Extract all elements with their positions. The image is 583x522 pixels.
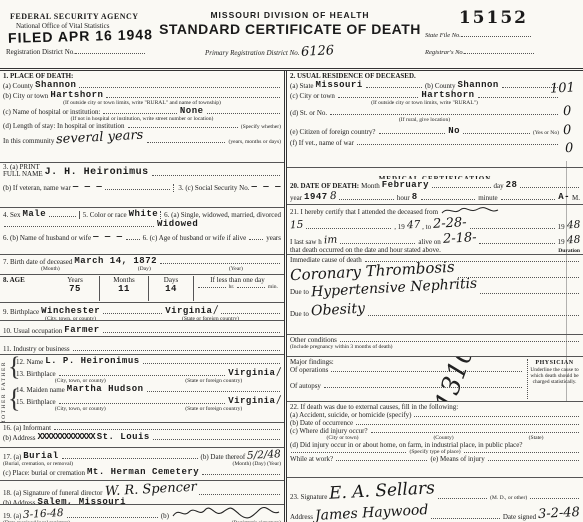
min-label: min.: [268, 284, 278, 290]
registrar-sig-prefix: (b): [161, 512, 169, 520]
father-birthplace-label: 13. Birthplace: [16, 370, 56, 378]
birthplace-state-note: (State or foreign country): [185, 378, 242, 384]
dotted-rule: [221, 312, 280, 314]
city-label: (b) City or town: [3, 92, 48, 100]
date-received-label: 19. (a): [3, 512, 21, 520]
dotted-rule: [480, 292, 579, 294]
m-label: M.: [572, 194, 580, 202]
birthplace-label: 9. Birthplace: [3, 308, 39, 316]
certificate-number: 15152: [459, 8, 528, 28]
birth-date-value: March 14, 1872: [74, 256, 157, 266]
dotted-rule: [62, 457, 198, 459]
age-label: 8. AGE: [3, 276, 51, 301]
section-date-of-death: 20. DATE OF DEATH: Month February day 28…: [287, 179, 583, 205]
state-file-label: State File No.: [425, 30, 565, 39]
dotted-rule: [103, 312, 162, 314]
burial-value: Burial: [23, 451, 58, 461]
left-column: 1. PLACE OF DEATH: (a) County Shannon (b…: [0, 71, 287, 522]
dotted-rule: [54, 428, 280, 430]
occupation-label: 10. Usual occupation: [3, 327, 62, 335]
dotted-rule: [147, 390, 280, 392]
section-occupation: 10. Usual occupation Farmer: [0, 321, 284, 337]
burial-date-value: 5/2/48: [247, 448, 281, 462]
community-label: In this community: [3, 137, 54, 145]
days-label: Days: [152, 276, 190, 284]
blank-line: [75, 47, 145, 54]
dotted-rule: [356, 423, 579, 425]
to-label: , to: [422, 223, 431, 231]
dotted-rule: [371, 431, 579, 433]
mother-birthplace-value: Virginia: [228, 396, 275, 406]
section-certify: 21. I hereby certify that I attended the…: [287, 205, 583, 255]
state-note: (State): [529, 435, 544, 441]
hospital-label: (c) Name of hospital or institution:: [3, 108, 100, 116]
section-parents: FATHER MOTHER { { 12. Name L. P. Heironi…: [0, 355, 284, 423]
dotted-rule: [202, 473, 280, 475]
informant-address-value: St. Louis: [97, 432, 150, 442]
of-operations-label: Of operations: [290, 366, 328, 374]
due-to-value-2: Obesity: [310, 301, 365, 320]
dotted-rule: [340, 340, 579, 342]
dotted-rule: [147, 141, 226, 143]
street-label: (d) St. or No.: [290, 109, 327, 117]
month-label: Month: [361, 182, 380, 190]
citizen-label: (e) Citizen of foreign country?: [290, 128, 376, 136]
length-of-stay-value: several years: [56, 128, 144, 148]
dotted-rule: [463, 132, 530, 134]
occurred-text: that death occurred on the date and hour…: [290, 246, 441, 254]
date-received-value: 3-16-48: [23, 507, 64, 521]
birthplace-city-note: (City, town, or county): [55, 406, 106, 412]
dotted-rule: [488, 459, 579, 461]
dotted-rule: [414, 415, 579, 417]
did-injury-occur-label: (d) Did injury occur in or about home, o…: [290, 441, 580, 449]
dotted-rule: [431, 517, 500, 519]
print-full-name-label: 3. (a) PRINT FULL NAME: [3, 164, 43, 178]
dotted-rule: [366, 86, 422, 88]
form-body: 1. PLACE OF DEATH: (a) County Shannon (b…: [0, 68, 583, 522]
where-injury-label: (c) Where did injury occur?: [290, 427, 368, 435]
registrars-no-label: Registrar's No.: [425, 47, 565, 56]
residence-city-note: (If outside city or town limits, write "…: [290, 100, 559, 106]
section-usual-residence: 2. USUAL RESIDENCE OF DECEASED. (a) Stat…: [287, 71, 583, 168]
dotted-rule: [198, 286, 226, 288]
dotted-rule: [331, 370, 522, 372]
less-than-day-label: If less than one day: [197, 276, 278, 284]
physician-address-label: Address: [290, 513, 313, 521]
physician-address-value: James Haywood: [315, 502, 429, 522]
agency-name: FEDERAL SECURITY AGENCY: [10, 12, 139, 21]
industry-label: 11. Industry or business: [3, 345, 70, 353]
residence-heading: 2. USUAL RESIDENCE OF DECEASED.: [290, 72, 559, 80]
age-days-cell: Days 14: [148, 276, 193, 301]
blank-line: [461, 30, 531, 37]
dotted-rule: [421, 198, 476, 200]
alive-on-label: alive on: [418, 238, 440, 246]
birthplace-state-note: (State or foreign country): [185, 406, 242, 412]
year-correction: 8: [329, 190, 336, 202]
md-note: (M. D., or other): [490, 495, 527, 501]
dotted-rule: [67, 516, 158, 518]
informant-address-label: (b) Address: [3, 434, 35, 442]
saw-year-printed: 19: [558, 238, 565, 246]
registration-district-label: Registration District No.: [6, 47, 145, 56]
physician-note-box: PHYSICIAN Underline the cause to which d…: [527, 359, 581, 399]
year-value: 1947: [304, 192, 328, 202]
color-value: White: [129, 209, 159, 219]
attended-from-scrawl: [440, 206, 500, 216]
hour-label: hour: [397, 194, 410, 202]
occupation-value: Farmer: [64, 325, 99, 335]
section-other-conditions: Other conditions (Include pregnancy with…: [287, 335, 583, 357]
section-informant: 16. (a) Informant (b) Address XXXXXXXXXX…: [0, 423, 284, 448]
section-industry: 11. Industry or business: [0, 337, 284, 355]
color-label: 5. Color or race: [79, 211, 127, 219]
certificate-title: STANDARD CERTIFICATE OF DEATH: [150, 21, 430, 37]
burial-type-note: (Burial, cremation, or removal): [3, 461, 73, 467]
margin-zero-1: 0: [562, 104, 571, 119]
physician-label: PHYSICIAN: [530, 360, 579, 366]
dotted-rule: [478, 96, 558, 98]
primary-district-label: Primary Registration District No. 6126: [205, 44, 334, 59]
date-signed-label: Date signed: [503, 513, 536, 521]
stay-specify-note: (Specify whether): [241, 124, 281, 130]
residence-state-label: (a) State: [290, 82, 314, 90]
check-mark: ∕: [277, 366, 281, 378]
division-name: MISSOURI DIVISION OF HEALTH: [170, 10, 410, 20]
birthplace-state-value: Virginia: [165, 306, 212, 316]
due-to-label-1: Due to: [290, 288, 309, 296]
dotted-rule: [128, 126, 238, 128]
ssn-label: 3. (c) Social Security No.: [173, 184, 249, 192]
deceased-name-value: J. H. Heironimus: [45, 167, 149, 178]
attended-to-value: 2-28-: [433, 215, 467, 232]
funeral-director-label: 18. (a) Signature of funeral director: [3, 489, 103, 497]
age-years-cell: Years 75: [51, 276, 99, 301]
father-birthplace-value: Virginia: [228, 368, 275, 378]
mother-side-label: MOTHER: [1, 393, 7, 423]
dotted-rule: [520, 186, 579, 188]
burial-place-label: (c) Place: burial or cremation: [3, 469, 85, 477]
birth-date-label: 7. Birth date of deceased: [3, 258, 72, 266]
section-place-of-death: 1. PLACE OF DEATH: (a) County Shannon (b…: [0, 71, 284, 163]
dotted-rule: [479, 242, 554, 244]
father-side-label: FATHER: [1, 361, 7, 390]
margin-zero-3: 0: [564, 141, 573, 156]
age-less-than-day-cell: If less than one day hr. min.: [193, 276, 281, 301]
dotted-rule: [207, 112, 281, 114]
dotted-rule: [103, 331, 280, 333]
hour-value: 8: [412, 192, 418, 202]
sex-value: Male: [23, 209, 47, 219]
section-cause-of-death: Immediate cause of death Coronary Thromb…: [287, 255, 583, 335]
burial-date-note: (Month) (Day) (Year): [232, 461, 281, 467]
section-external-causes: 22. If death was due to external causes,…: [287, 402, 583, 478]
county-label: (a) County: [3, 82, 33, 90]
months-value: 11: [103, 284, 145, 294]
dotted-rule: [4, 225, 154, 227]
physician-note: Underline the cause to which death shoul…: [530, 367, 579, 385]
from-year-hw: 47: [406, 219, 420, 232]
dotted-rule: [106, 96, 280, 98]
date-of-death-label: 20. DATE OF DEATH:: [290, 182, 359, 190]
dotted-rule: [160, 262, 280, 264]
informant-label: 16. (a) Informant: [3, 424, 51, 432]
dotted-rule: [324, 386, 522, 388]
section-age: 8. AGE Years 75 Months 11 Days 14 If les…: [0, 275, 284, 303]
primary-district-value: 6126: [301, 43, 335, 60]
dotted-rule: [79, 86, 280, 88]
last-saw-date: 2-18-: [442, 230, 476, 247]
section-registrar: 19. (a) 3-16-48 (b) (Date received local…: [0, 505, 284, 522]
days-value: 14: [152, 284, 190, 294]
duration-label: Duration: [558, 248, 580, 254]
dotted-rule: [59, 374, 226, 376]
dotted-rule: [336, 459, 427, 461]
filed-date-stamp: FILED APR 16 1948: [8, 26, 153, 46]
years-value: 75: [54, 284, 96, 294]
citizen-value: No: [448, 126, 460, 136]
veteran-war-label: (b) If veteran, name war: [3, 184, 71, 192]
section-physician-signature: 23. Signature E. A. Sellars (M. D., or o…: [287, 478, 583, 522]
age-months-cell: Months 11: [99, 276, 148, 301]
signature-label: 23. Signature: [290, 493, 327, 501]
right-column: 2. USUAL RESIDENCE OF DECEASED. (a) Stat…: [287, 71, 583, 522]
date-signed-value: 3-2-48: [538, 505, 581, 522]
section-funeral-director: 18. (a) Signature of funeral director W.…: [0, 481, 284, 505]
last-saw-him: im: [323, 234, 337, 247]
date-occurrence-label: (b) Date of occurrence: [290, 419, 353, 427]
spouse-value: — — —: [93, 232, 123, 242]
month-value: February: [382, 180, 429, 190]
residence-city-value: Hartshorn: [421, 90, 474, 100]
burial-date-label: (b) Date thereof: [201, 453, 246, 461]
ssn-value: — — —: [251, 182, 281, 192]
dotted-rule: [59, 402, 226, 404]
county-value: Shannon: [35, 80, 76, 90]
burial-label: 17. (a): [3, 453, 21, 461]
mother-maiden-name-label: 14. Maiden name: [16, 386, 65, 394]
dotted-rule: [330, 113, 558, 115]
hr-label: hr.: [229, 284, 235, 290]
external-causes-heading: 22. If death was due to external causes,…: [290, 403, 580, 411]
mother-maiden-name-value: Martha Hudson: [67, 384, 144, 394]
day-note: (Day): [138, 266, 151, 272]
stay-units-note: (years, months or days): [228, 139, 281, 145]
dotted-rule: [73, 349, 280, 351]
while-at-work-label: While at work?: [290, 455, 333, 463]
years-label: Years: [54, 276, 96, 284]
due-to-label-2: Due to: [290, 310, 309, 318]
father-brace: {: [8, 355, 20, 378]
dotted-rule: [470, 227, 555, 229]
place-heading: 1. PLACE OF DEATH:: [3, 72, 281, 80]
residence-state-value: Missouri: [316, 80, 363, 90]
dotted-rule: [153, 438, 280, 440]
section-birthplace: 9. Birthplace Winchester Virginia ∕ (Cit…: [0, 303, 284, 321]
margin-code-101: 101: [550, 80, 576, 96]
birthplace-city-value: Winchester: [41, 306, 100, 316]
physician-signature: E. A. Sellars: [329, 478, 436, 504]
marital-value: Widowed: [157, 219, 198, 229]
means-of-injury-label: (e) Means of injury: [430, 455, 484, 463]
certificate-header: FEDERAL SECURITY AGENCY National Office …: [0, 0, 583, 68]
year-note: (Year): [229, 266, 243, 272]
registrar-signature: [171, 506, 281, 520]
check-mark: ∕: [214, 304, 218, 316]
dotted-rule: [338, 96, 418, 98]
day-label: day: [494, 182, 504, 190]
street-note: (If rural, give location): [290, 117, 559, 123]
dotted-rule: [432, 186, 491, 188]
dotted-rule: [339, 198, 394, 200]
spouse-age-units: years: [266, 234, 281, 242]
father-name-value: L. P. Heironimus: [45, 356, 139, 366]
blank-line: [464, 47, 534, 54]
months-label: Months: [103, 276, 145, 284]
dotted-rule: [152, 174, 280, 176]
month-note: (Month): [41, 266, 60, 272]
dotted-rule: [105, 188, 170, 190]
saw-year-hw: 48: [566, 234, 580, 247]
veteran-war-value: — — —: [73, 182, 103, 192]
marital-label: 6. (a) Single, widowed, married, divorce…: [160, 211, 281, 219]
residence-county-label: (b) County: [425, 82, 456, 90]
dotted-rule: [340, 242, 415, 244]
section-burial: 17. (a) Burial (b) Date thereof 5/2/48 (…: [0, 448, 284, 481]
dotted-rule: [357, 143, 558, 145]
other-conditions-label: Other conditions: [290, 336, 337, 344]
section-personal: 4. Sex Male 5. Color or race White 6. (a…: [0, 208, 284, 255]
from-year-printed: , 19: [394, 223, 405, 231]
spouse-label: 6. (b) Name of husband or wife: [3, 234, 91, 242]
dotted-rule: [291, 451, 406, 453]
minute-label: minute: [478, 194, 497, 202]
dotted-rule: [501, 198, 556, 200]
dotted-rule: [199, 493, 280, 495]
check-mark: ∕: [277, 394, 281, 406]
dotted-rule: [530, 497, 579, 499]
major-findings-label: Major findings:: [290, 358, 523, 366]
of-autopsy-label: Of autopsy: [290, 382, 321, 390]
dotted-rule: [438, 497, 487, 499]
accident-suicide-label: (a) Accident, suicide, or homicide (spec…: [290, 411, 411, 419]
other-conditions-note: (Include pregnancy within 3 months of de…: [290, 344, 580, 350]
dotted-rule: [49, 215, 76, 217]
section-major-findings: Major findings: Of operations Of autopsy…: [287, 357, 583, 402]
dotted-rule: [249, 238, 263, 240]
dotted-rule: [143, 362, 280, 364]
spouse-age-label: 6. (c) Age of husband or wife if alive: [143, 234, 247, 242]
residence-county-value: Shannon: [457, 80, 498, 90]
last-saw-text: I last saw h: [290, 238, 322, 246]
attended-from-day: 15: [290, 219, 304, 232]
dotted-rule: [103, 112, 177, 114]
mother-brace: {: [8, 387, 20, 410]
dotted-rule: [126, 238, 140, 240]
hospital-value: None: [180, 106, 204, 116]
burial-place-value: Mt. Herman Cemetery: [87, 467, 199, 477]
section-full-name: 3. (a) PRINT FULL NAME J. H. Heironimus …: [0, 163, 284, 208]
to-year-hw: 48: [566, 219, 580, 232]
dotted-rule: [237, 286, 265, 288]
to-year-printed: 19: [558, 223, 565, 231]
city-value: Hartshorn: [50, 90, 103, 100]
day-value: 28: [506, 180, 518, 190]
year-label: year: [290, 194, 302, 202]
death-certificate-scan: FEDERAL SECURITY AGENCY National Office …: [0, 0, 583, 522]
certify-text: 21. I hereby certify that I attended the…: [290, 208, 438, 216]
informant-address-strikeout: XXXXXXXXXXXXX: [37, 432, 94, 442]
dotted-rule: [464, 451, 579, 453]
dotted-rule: [306, 227, 391, 229]
residence-city-label: (c) City or town: [290, 92, 335, 100]
margin-zero-2: 0: [562, 123, 571, 138]
dotted-rule: [379, 132, 446, 134]
am-pm-value: A-: [558, 192, 570, 202]
war-label: (f) If vet., name of war: [290, 139, 354, 147]
citizen-note: (Yes or No): [533, 130, 559, 136]
dotted-rule: [368, 314, 579, 316]
sex-label: 4. Sex: [3, 211, 21, 219]
mother-birthplace-label: 15. Birthplace: [16, 398, 56, 406]
section-birth-date: 7. Birth date of deceased March 14, 1872…: [0, 255, 284, 275]
